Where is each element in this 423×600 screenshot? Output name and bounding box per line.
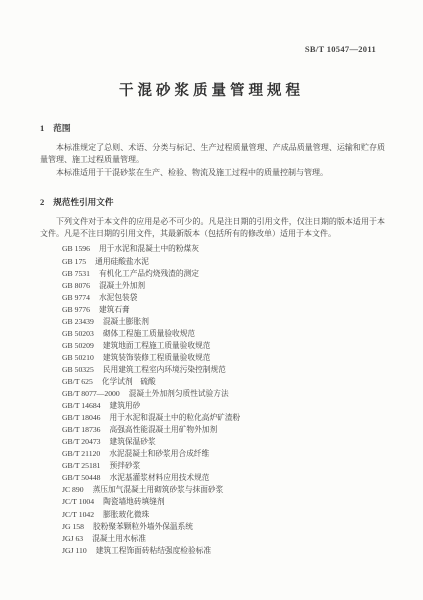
reference-code: GB 50325 xyxy=(62,365,94,374)
reference-item: GB 1596用于水泥和混凝土中的粉煤灰 xyxy=(62,243,385,255)
reference-code: GB/T 14684 xyxy=(62,401,101,410)
reference-item: GB 9776建筑石膏 xyxy=(62,304,385,316)
reference-item: GB/T 21120水泥混凝土和砂浆用合成纤维 xyxy=(62,448,385,460)
reference-item: GB/T 14684建筑用砂 xyxy=(62,400,385,412)
reference-code: GB 23439 xyxy=(62,317,94,326)
reference-title: 陶瓷墙地砖填缝剂 xyxy=(103,497,165,506)
reference-code: GB 50209 xyxy=(62,341,94,350)
reference-title: 民用建筑工程室内环境污染控制规范 xyxy=(103,365,226,374)
reference-title: 建筑地面工程施工质量验收规范 xyxy=(103,341,211,350)
scope-paragraph: 本标准适用于干混砂浆在生产、检验、物流及施工过程中的质量控制与管理。 xyxy=(40,167,385,179)
reference-title: 建筑用砂 xyxy=(110,401,141,410)
reference-item: GB 50325民用建筑工程室内环境污染控制规范 xyxy=(62,364,385,376)
reference-code: GB 9776 xyxy=(62,305,90,314)
reference-code: GB 50203 xyxy=(62,329,94,338)
reference-item: GB/T 50448水泥基灌浆材料应用技术规范 xyxy=(62,472,385,484)
reference-title: 砌体工程施工质量验收规范 xyxy=(103,329,195,338)
section-normative-references: 2规范性引用文件 下列文件对于本文件的应用是必不可少的。凡是注日期的引用文件，仅… xyxy=(40,196,385,557)
reference-code: JC 890 xyxy=(62,485,84,494)
reference-code: GB 9774 xyxy=(62,293,90,302)
reference-title: 化学试剂 硫酸 xyxy=(102,377,156,386)
standard-code: SB/T 10547—2011 xyxy=(305,44,376,54)
reference-title: 水泥基灌浆材料应用技术规范 xyxy=(110,473,210,482)
reference-title: 膨胀玻化微珠 xyxy=(103,510,149,519)
section-number: 1 xyxy=(40,123,44,133)
document-page: SB/T 10547—2011 干混砂浆质量管理规程 1范围 本标准规定了总则、… xyxy=(0,0,423,600)
page-content: 1范围 本标准规定了总则、术语、分类与标记、生产过程质量管理、产成品质量管理、运… xyxy=(40,122,385,557)
reference-code: JC/T 1004 xyxy=(62,497,94,506)
reference-item: GB/T 625化学试剂 硫酸 xyxy=(62,376,385,388)
scope-paragraph: 本标准规定了总则、术语、分类与标记、生产过程质量管理、产成品质量管理、运输和贮存… xyxy=(40,142,385,167)
section-references-heading: 2规范性引用文件 xyxy=(40,196,385,208)
reference-item: GB 50209建筑地面工程施工质量验收规范 xyxy=(62,340,385,352)
reference-item: GB/T 18046用于水泥和混凝土中的粒化高炉矿渣粉 xyxy=(62,412,385,424)
reference-code: GB 175 xyxy=(62,257,86,266)
reference-item: GB 23439混凝土膨胀剂 xyxy=(62,316,385,328)
reference-code: GB 50210 xyxy=(62,353,94,362)
reference-title: 有机化工产品灼烧残渣的测定 xyxy=(99,269,199,278)
reference-item: GB/T 8077—2000混凝土外加剂匀质性试验方法 xyxy=(62,388,385,400)
reference-item: GB/T 20473建筑保温砂浆 xyxy=(62,436,385,448)
reference-item: GB/T 18736高强高性能混凝土用矿物外加剂 xyxy=(62,424,385,436)
reference-code: GB/T 25181 xyxy=(62,461,101,470)
reference-code: GB/T 18046 xyxy=(62,413,101,422)
reference-title: 蒸压加气混凝土用砌筑砂浆与抹面砂浆 xyxy=(93,485,224,494)
reference-item: GB 50203砌体工程施工质量验收规范 xyxy=(62,328,385,340)
reference-title: 建筑石膏 xyxy=(99,305,130,314)
reference-item: JC/T 1004陶瓷墙地砖填缝剂 xyxy=(62,496,385,508)
reference-title: 建筑工程饰面砖粘结强度检验标准 xyxy=(96,546,211,555)
reference-title: 水泥包装袋 xyxy=(99,293,137,302)
reference-title: 混凝土外加剂匀质性试验方法 xyxy=(129,389,229,398)
reference-title: 通用硅酸盐水泥 xyxy=(95,257,149,266)
reference-title: 混凝土外加剂 xyxy=(99,281,145,290)
reference-code: GB/T 625 xyxy=(62,377,93,386)
page-title: 干混砂浆质量管理规程 xyxy=(0,79,423,100)
reference-title: 建筑保温砂浆 xyxy=(110,437,156,446)
reference-title: 胶粉聚苯颗粒外墙外保温系统 xyxy=(93,522,193,531)
reference-code: GB 7531 xyxy=(62,269,90,278)
reference-code: GB/T 50448 xyxy=(62,473,101,482)
reference-item: JGJ 63混凝土用水标准 xyxy=(62,533,385,545)
reference-item: GB 50210建筑装饰装修工程质量验收规范 xyxy=(62,352,385,364)
reference-title: 混凝土膨胀剂 xyxy=(103,317,149,326)
section-title: 规范性引用文件 xyxy=(53,197,113,207)
reference-code: JGJ 110 xyxy=(62,546,87,555)
reference-title: 预拌砂浆 xyxy=(110,461,141,470)
reference-code: GB/T 20473 xyxy=(62,437,101,446)
reference-item: GB 8076混凝土外加剂 xyxy=(62,280,385,292)
reference-list: GB 1596用于水泥和混凝土中的粉煤灰GB 175通用硅酸盐水泥GB 7531… xyxy=(62,243,385,556)
reference-title: 建筑装饰装修工程质量验收规范 xyxy=(103,353,211,362)
reference-code: GB 8076 xyxy=(62,281,90,290)
reference-item: GB 7531有机化工产品灼烧残渣的测定 xyxy=(62,268,385,280)
reference-code: GB/T 18736 xyxy=(62,425,101,434)
reference-title: 高强高性能混凝土用矿物外加剂 xyxy=(110,425,218,434)
reference-title: 水泥混凝土和砂浆用合成纤维 xyxy=(109,449,209,458)
reference-code: GB/T 21120 xyxy=(62,449,100,458)
reference-item: JG 158胶粉聚苯颗粒外墙外保温系统 xyxy=(62,521,385,533)
reference-item: JGJ 110建筑工程饰面砖粘结强度检验标准 xyxy=(62,545,385,557)
reference-item: JC 890蒸压加气混凝土用砌筑砂浆与抹面砂浆 xyxy=(62,484,385,496)
reference-code: GB 1596 xyxy=(62,244,90,253)
reference-code: JG 158 xyxy=(62,522,84,531)
reference-item: GB 9774水泥包装袋 xyxy=(62,292,385,304)
reference-title: 用于水泥和混凝土中的粒化高炉矿渣粉 xyxy=(110,413,241,422)
reference-code: JC/T 1042 xyxy=(62,510,94,519)
references-intro-paragraph: 下列文件对于本文件的应用是必不可少的。凡是注日期的引用文件，仅注日期的版本适用于… xyxy=(40,216,385,241)
reference-item: JC/T 1042膨胀玻化微珠 xyxy=(62,509,385,521)
reference-code: JGJ 63 xyxy=(62,534,83,543)
reference-title: 混凝土用水标准 xyxy=(92,534,146,543)
section-scope-heading: 1范围 xyxy=(40,122,385,134)
section-scope: 1范围 本标准规定了总则、术语、分类与标记、生产过程质量管理、产成品质量管理、运… xyxy=(40,122,385,179)
reference-item: GB 175通用硅酸盐水泥 xyxy=(62,256,385,268)
section-title: 范围 xyxy=(53,123,70,133)
reference-title: 用于水泥和混凝土中的粉煤灰 xyxy=(99,244,199,253)
section-number: 2 xyxy=(40,197,44,207)
reference-code: GB/T 8077—2000 xyxy=(62,389,120,398)
reference-item: GB/T 25181预拌砂浆 xyxy=(62,460,385,472)
